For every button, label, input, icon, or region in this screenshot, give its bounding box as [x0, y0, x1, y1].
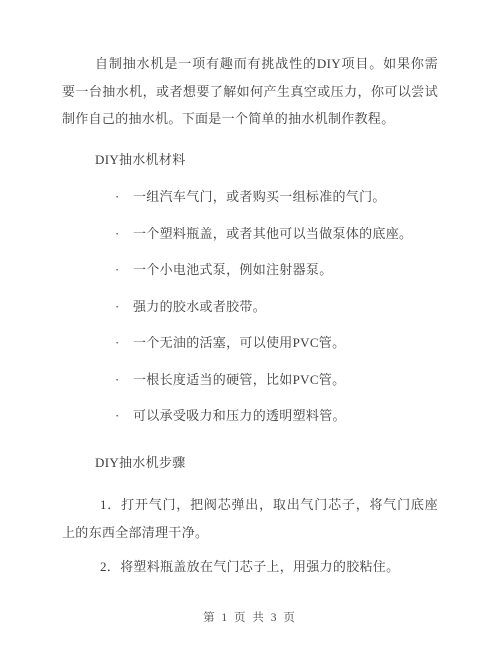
- document-page: 自制抽水机是一项有趣而有挑战性的DIY项目。如果你需要一台抽水机，或者想要了解如…: [0, 0, 500, 647]
- bullet-icon: ·: [115, 402, 133, 430]
- document-content: 自制抽水机是一项有趣而有挑战性的DIY项目。如果你需要一台抽水机，或者想要了解如…: [0, 0, 500, 581]
- list-item: · 一组汽车气门，或者购买一组标准的气门。: [62, 183, 438, 211]
- bullet-icon: ·: [115, 366, 133, 394]
- list-item-text: 可以承受吸力和压力的透明塑料管。: [133, 402, 438, 430]
- intro-paragraph: 自制抽水机是一项有趣而有挑战性的DIY项目。如果你需要一台抽水机，或者想要了解如…: [62, 50, 438, 133]
- list-item-text: 一组汽车气门，或者购买一组标准的气门。: [133, 183, 438, 211]
- list-item: · 一个无油的活塞，可以使用PVC管。: [62, 329, 438, 357]
- list-item: · 一个小电池式泵，例如注射器泵。: [62, 256, 438, 284]
- list-item-text: 一根长度适当的硬管，比如PVC管。: [133, 366, 438, 394]
- list-item-text: 一个无油的活塞，可以使用PVC管。: [133, 329, 438, 357]
- bullet-icon: ·: [115, 256, 133, 284]
- list-item: · 一根长度适当的硬管，比如PVC管。: [62, 366, 438, 394]
- list-item: · 强力的胶水或者胶带。: [62, 293, 438, 321]
- list-item-text: 一个塑料瓶盖，或者其他可以当做泵体的底座。: [133, 220, 438, 248]
- list-item-text: 强力的胶水或者胶带。: [133, 293, 438, 321]
- materials-list: · 一组汽车气门，或者购买一组标准的气门。 · 一个塑料瓶盖，或者其他可以当做泵…: [62, 183, 438, 430]
- bullet-icon: ·: [115, 329, 133, 357]
- materials-heading: DIY抽水机材料: [62, 146, 438, 174]
- bullet-icon: ·: [115, 183, 133, 211]
- bullet-icon: ·: [115, 293, 133, 321]
- bullet-icon: ·: [115, 220, 133, 248]
- list-item: · 可以承受吸力和压力的透明塑料管。: [62, 402, 438, 430]
- steps-heading: DIY抽水机步骤: [62, 449, 438, 477]
- page-footer: 第 1 页 共 3 页: [0, 609, 500, 625]
- step-paragraph: 1．打开气门，把阀芯弹出，取出气门芯子，将气门底座上的东西全部清理干净。: [62, 491, 438, 546]
- list-item-text: 一个小电池式泵，例如注射器泵。: [133, 256, 438, 284]
- list-item: · 一个塑料瓶盖，或者其他可以当做泵体的底座。: [62, 220, 438, 248]
- step-paragraph: 2．将塑料瓶盖放在气门芯子上，用强力的胶粘住。: [62, 553, 438, 581]
